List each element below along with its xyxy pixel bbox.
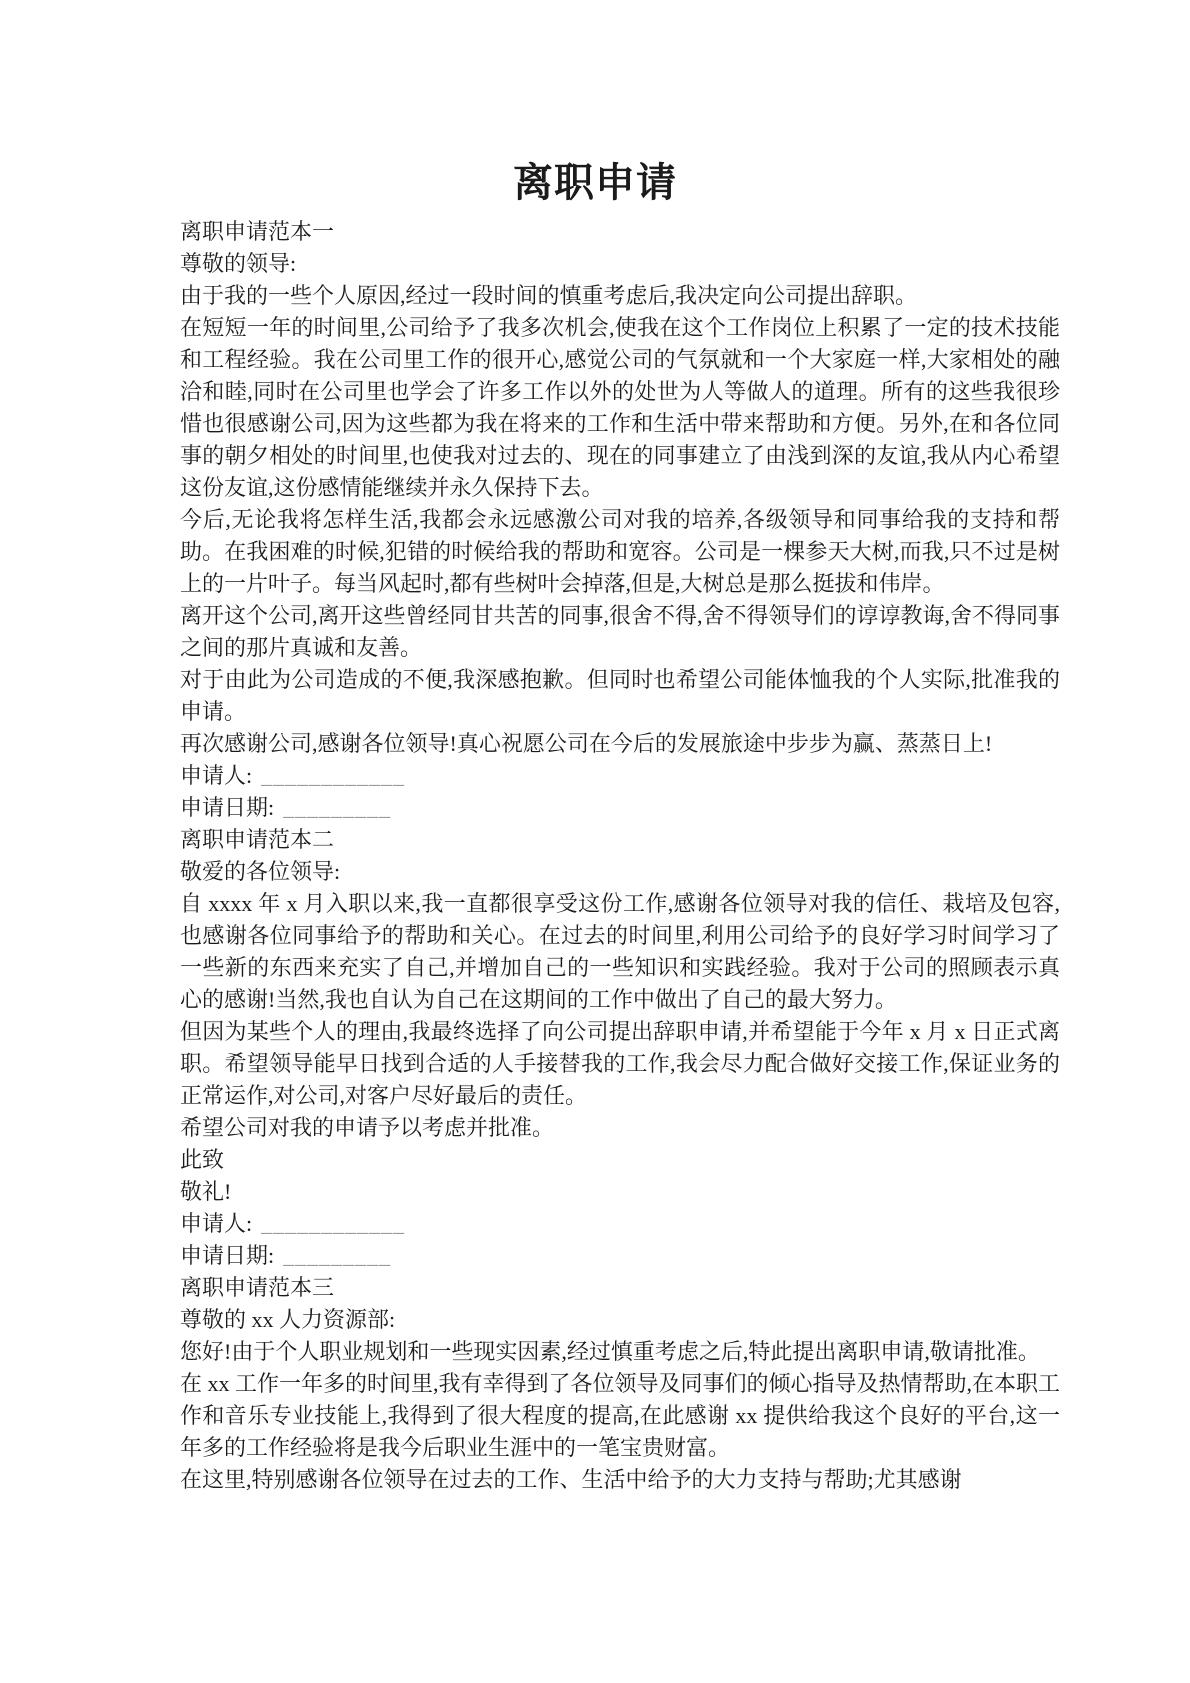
signature-blank-underline: ____________ <box>261 1211 405 1236</box>
signature-label: 申请人: <box>180 1211 252 1236</box>
letter-paragraph: 离开这个公司,离开这些曾经同甘共苦的同事,很舍不得,舍不得领导们的谆谆教诲,舍不… <box>180 600 1060 664</box>
letters-container: 离职申请范本一尊敬的领导:由于我的一些个人原因,经过一段时间的慎重考虑后,我决定… <box>180 216 1060 1496</box>
letter-heading: 离职申请范本二 <box>180 824 1060 856</box>
document-page: { "colors": { "page_background": "#fffff… <box>0 0 1190 1683</box>
letter-paragraph: 您好!由于个人职业规划和一些现实因素,经过慎重考虑之后,特此提出离职申请,敬请批… <box>180 1336 1060 1368</box>
letter-salutation: 敬爱的各位领导: <box>180 856 1060 888</box>
letter-heading: 离职申请范本一 <box>180 216 1060 248</box>
signature-blank-underline: ____________ <box>261 763 405 788</box>
letter-heading: 离职申请范本三 <box>180 1272 1060 1304</box>
letter-paragraph: 在短短一年的时间里,公司给予了我多次机会,使我在这个工作岗位上积累了一定的技术技… <box>180 312 1060 504</box>
letter-paragraph: 在这里,特别感谢各位领导在过去的工作、生活中给予的大力支持与帮助;尤其感谢 <box>180 1464 1060 1496</box>
document-title: 离职申请 <box>0 158 1190 208</box>
letter-paragraph: 由于我的一些个人原因,经过一段时间的慎重考虑后,我决定向公司提出辞职。 <box>180 280 1060 312</box>
signature-line: 申请日期:_________ <box>180 792 1060 824</box>
letter-paragraph: 希望公司对我的申请予以考虑并批准。 <box>180 1112 1060 1144</box>
letter-paragraph: 但因为某些个人的理由,我最终选择了向公司提出辞职申请,并希望能于今年 x 月 x… <box>180 1016 1060 1112</box>
signature-line: 申请日期:_________ <box>180 1240 1060 1272</box>
signature-label: 申请人: <box>180 763 252 788</box>
letter-paragraph: 敬礼! <box>180 1176 1060 1208</box>
letter-paragraph: 自 xxxx 年 x 月入职以来,我一直都很享受这份工作,感谢各位领导对我的信任… <box>180 888 1060 1016</box>
signature-blank-underline: _________ <box>283 1243 391 1268</box>
letter-paragraph: 此致 <box>180 1144 1060 1176</box>
letter-salutation: 尊敬的 xx 人力资源部: <box>180 1304 1060 1336</box>
signature-line: 申请人:____________ <box>180 760 1060 792</box>
letter-paragraph: 在 xx 工作一年多的时间里,我有幸得到了各位领导及同事们的倾心指导及热情帮助,… <box>180 1368 1060 1464</box>
letter-paragraph: 对于由此为公司造成的不便,我深感抱歉。但同时也希望公司能体恤我的个人实际,批准我… <box>180 664 1060 728</box>
letter-paragraph: 再次感谢公司,感谢各位领导!真心祝愿公司在今后的发展旅途中步步为赢、蒸蒸日上! <box>180 728 1060 760</box>
signature-line: 申请人:____________ <box>180 1208 1060 1240</box>
letter-paragraph: 今后,无论我将怎样生活,我都会永远感激公司对我的培养,各级领导和同事给我的支持和… <box>180 504 1060 600</box>
signature-label: 申请日期: <box>180 795 274 820</box>
signature-label: 申请日期: <box>180 1243 274 1268</box>
signature-blank-underline: _________ <box>283 795 391 820</box>
letter-salutation: 尊敬的领导: <box>180 248 1060 280</box>
